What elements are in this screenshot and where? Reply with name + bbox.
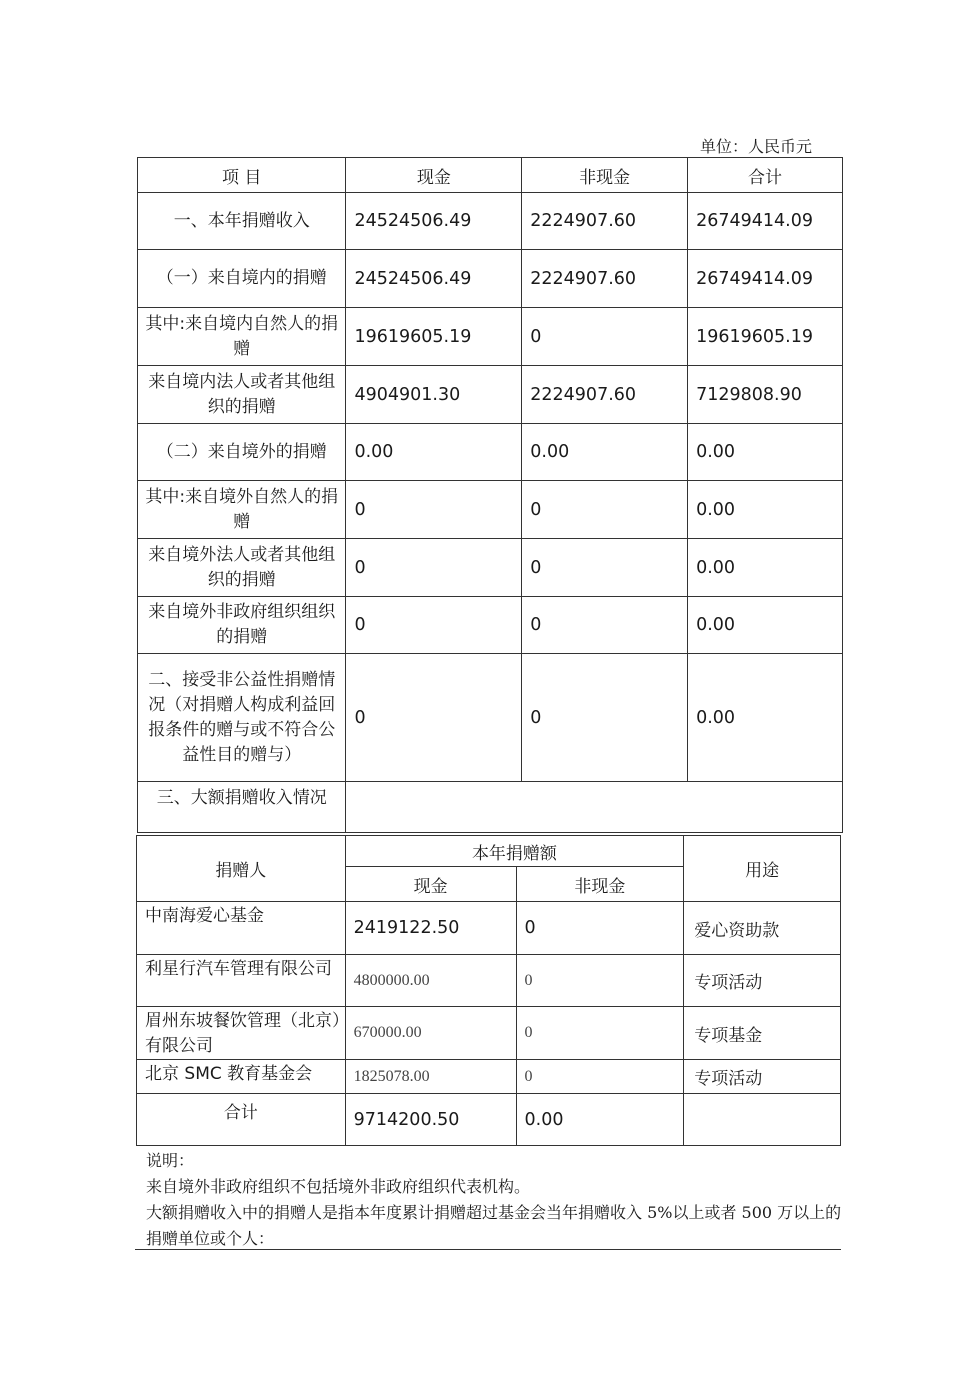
cash-value: 0 [346,481,522,539]
cash-value: 0 [346,539,522,597]
section3-row: 三、大额捐赠收入情况 [138,782,843,833]
donor-row: 北京 SMC 教育基金会 1825078.00 0 专项活动 [137,1060,841,1094]
notes: 说明： 来自境外非政府组织不包括境外非政府组织代表机构。 大额捐赠收入中的捐赠人… [146,1148,846,1252]
cash-value: 24524506.49 [346,250,522,308]
total-cash: 9714200.50 [345,1094,516,1146]
section3-empty [346,782,843,833]
noncash-value: 0 [522,481,688,539]
use-value: 专项基金 [684,1007,841,1060]
noncash-value: 0 [516,1060,684,1094]
table-row: 其中:来自境内自然人的捐赠 19619605.19 0 19619605.19 [138,308,843,366]
use-value: 爱心资助款 [684,902,841,955]
cash-value: 4904901.30 [346,366,522,424]
noncash-value: 0 [516,1007,684,1060]
notes-title: 说明： [146,1148,846,1174]
table-row: 来自境外法人或者其他组织的捐赠 0 0 0.00 [138,539,843,597]
cash-value: 19619605.19 [346,308,522,366]
noncash-value: 2224907.60 [522,366,688,424]
noncash-value: 0 [522,539,688,597]
notes-line-2: 大额捐赠收入中的捐赠人是指本年度累计捐赠超过基金会当年捐赠收入 5%以上或者 5… [146,1200,846,1252]
row-label: 来自境外非政府组织组织的捐赠 [138,597,346,654]
header-total: 合计 [688,158,843,193]
table-row: （一）来自境内的捐赠 24524506.49 2224907.60 267494… [138,250,843,308]
table-row: 来自境外非政府组织组织的捐赠 0 0 0.00 [138,597,843,654]
donor-row: 利星行汽车管理有限公司 4800000.00 0 专项活动 [137,955,841,1007]
row-label: 来自境内法人或者其他组织的捐赠 [138,366,346,424]
total-row: 合计 9714200.50 0.00 [137,1094,841,1146]
row-label: （一）来自境内的捐赠 [138,250,346,308]
total-value: 0.00 [688,654,843,782]
table-row: 来自境内法人或者其他组织的捐赠 4904901.30 2224907.60 71… [138,366,843,424]
noncash-value: 2224907.60 [522,250,688,308]
noncash-value: 2224907.60 [522,193,688,250]
cash-value: 1825078.00 [345,1060,516,1094]
total-label: 合计 [137,1094,346,1146]
cash-value: 0 [346,654,522,782]
cash-value: 4800000.00 [345,955,516,1007]
noncash-value: 0 [522,308,688,366]
cash-value: 0.00 [346,424,522,481]
header-cash: 现金 [345,867,516,902]
total-value: 19619605.19 [688,308,843,366]
total-noncash: 0.00 [516,1094,684,1146]
section3-label: 三、大额捐赠收入情况 [138,782,346,833]
large-donations-table: 捐赠人 本年捐赠额 用途 现金 非现金 中南海爱心基金 2419122.50 0… [136,835,841,1146]
row-label: 其中:来自境外自然人的捐赠 [138,481,346,539]
cash-value: 24524506.49 [346,193,522,250]
unit-label: 单位：人民币元 [700,134,812,157]
use-value: 专项活动 [684,1060,841,1094]
noncash-value: 0.00 [522,424,688,481]
cash-value: 2419122.50 [345,902,516,955]
total-value: 0.00 [688,424,843,481]
table-row: 一、本年捐赠收入 24524506.49 2224907.60 26749414… [138,193,843,250]
notes-line-1: 来自境外非政府组织不包括境外非政府组织代表机构。 [146,1174,846,1200]
header-noncash: 非现金 [522,158,688,193]
donor-name: 眉州东坡餐饮管理（北京）有限公司 [137,1007,346,1060]
header-cash: 现金 [346,158,522,193]
header-donor: 捐赠人 [137,836,346,902]
bottom-rule [135,1249,841,1250]
donor-name: 中南海爱心基金 [137,902,346,955]
row-label: 二、接受非公益性捐赠情况（对捐赠人构成利益回报条件的赠与或不符合公益性目的赠与） [138,654,346,782]
header-amount-group: 本年捐赠额 [345,836,684,867]
donation-income-table: 项 目 现金 非现金 合计 一、本年捐赠收入 24524506.49 22249… [137,157,843,833]
row-label: （二）来自境外的捐赠 [138,424,346,481]
table-row: （二）来自境外的捐赠 0.00 0.00 0.00 [138,424,843,481]
donor-name: 北京 SMC 教育基金会 [137,1060,346,1094]
header-item: 项 目 [138,158,346,193]
total-value: 26749414.09 [688,250,843,308]
noncash-value: 0 [522,597,688,654]
noncash-value: 0 [516,955,684,1007]
total-use [684,1094,841,1146]
header-noncash: 非现金 [516,867,684,902]
donor-row: 中南海爱心基金 2419122.50 0 爱心资助款 [137,902,841,955]
total-value: 7129808.90 [688,366,843,424]
row-label: 其中:来自境内自然人的捐赠 [138,308,346,366]
header-use: 用途 [684,836,841,902]
noncash-value: 0 [516,902,684,955]
total-value: 0.00 [688,597,843,654]
cash-value: 0 [346,597,522,654]
use-value: 专项活动 [684,955,841,1007]
table-row: 二、接受非公益性捐赠情况（对捐赠人构成利益回报条件的赠与或不符合公益性目的赠与）… [138,654,843,782]
row-label: 来自境外法人或者其他组织的捐赠 [138,539,346,597]
table-row: 其中:来自境外自然人的捐赠 0 0 0.00 [138,481,843,539]
total-value: 26749414.09 [688,193,843,250]
donor-row: 眉州东坡餐饮管理（北京）有限公司 670000.00 0 专项基金 [137,1007,841,1060]
table-header-row: 项 目 现金 非现金 合计 [138,158,843,193]
row-label: 一、本年捐赠收入 [138,193,346,250]
total-value: 0.00 [688,539,843,597]
donor-name: 利星行汽车管理有限公司 [137,955,346,1007]
cash-value: 670000.00 [345,1007,516,1060]
total-value: 0.00 [688,481,843,539]
noncash-value: 0 [522,654,688,782]
